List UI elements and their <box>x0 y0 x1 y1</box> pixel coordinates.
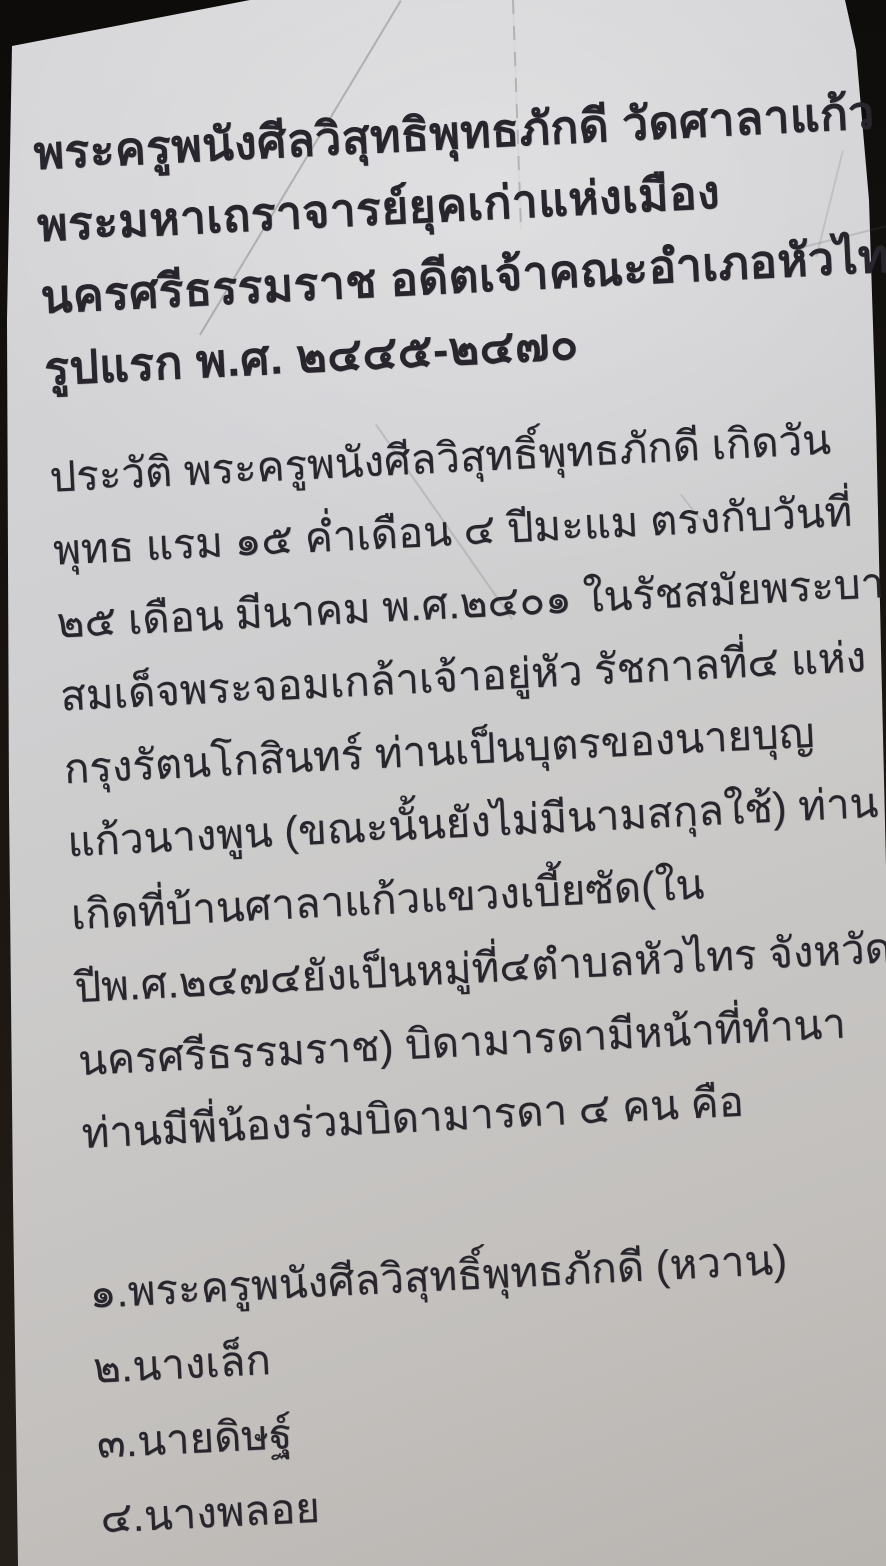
biography-paragraph: ประวัติ พระครูพนังศีลวิสุทธิ์พุทธภักดี เ… <box>48 392 886 1170</box>
siblings-list: ๑.พระครูพนังศีลวิสุทธิ์พุทธภักดี (หวาน) … <box>88 1207 886 1555</box>
document-text: พระครูพนังศีลวิสุทธิพุทธภักดี วัดศาลาแก้… <box>16 68 886 1556</box>
photographed-document: พระครูพนังศีลวิสุทธิพุทธภักดี วัดศาลาแก้… <box>0 0 886 1566</box>
document-title: พระครูพนังศีลวิสุทธิพุทธภักดี วัดศาลาแก้… <box>32 68 886 405</box>
